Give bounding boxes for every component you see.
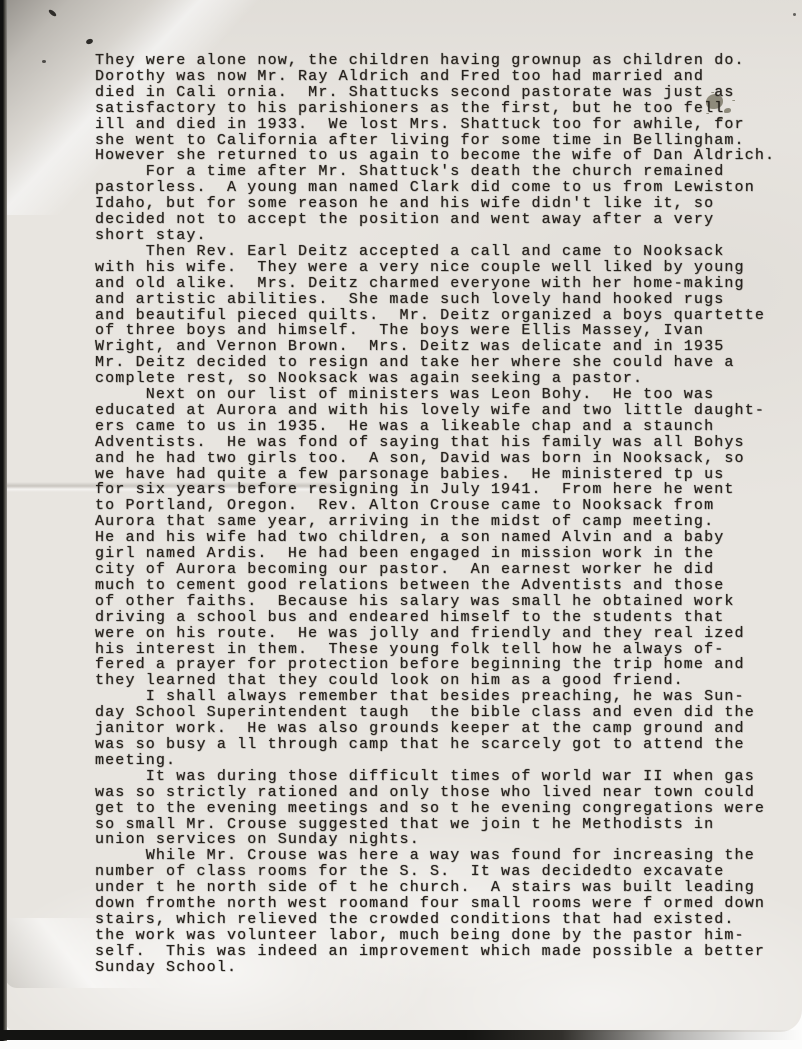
text-line: decided not to accept the position and w… (95, 212, 775, 228)
text-line: city of Aurora becoming our pastor. An e… (95, 562, 775, 578)
text-line: He and his wife had two children, a son … (95, 530, 775, 546)
text-line: day School Superintendent taugh the bibl… (95, 705, 775, 721)
text-line: ill and died in 1933. We lost Mrs. Shatt… (95, 117, 775, 133)
text-line: short stay. (95, 228, 775, 244)
text-line: complete rest, so Nooksack was again see… (95, 371, 775, 387)
text-line: of other faiths. Because his salary was … (95, 594, 775, 610)
text-line: I shall always remember that besides pre… (95, 689, 775, 705)
scanned-page: They were alone now, the children having… (0, 0, 802, 1049)
text-line: Next on our list of ministers was Leon B… (95, 387, 775, 403)
text-line: It was during those difficult times of w… (95, 769, 775, 785)
text-line: ers came to us in 1935. He was a likeabl… (95, 419, 775, 435)
text-line: much to cement good relations between th… (95, 578, 775, 594)
text-line: were on his route. He was jolly and frie… (95, 626, 775, 642)
paragraph: I shall always remember that besides pre… (95, 689, 775, 769)
text-line: educated at Aurora and with his lovely w… (95, 403, 775, 419)
text-line: Adventists. He was fond of saying that h… (95, 435, 775, 451)
text-line: number of class rooms for the S. S. It w… (95, 864, 775, 880)
text-line: satisfactory to his parishioners as the … (95, 101, 775, 117)
text-line: girl named Ardis. He had been engaged in… (95, 546, 775, 562)
text-line: died in Cali ornia. Mr. Shattucks second… (95, 85, 775, 101)
text-line: fered a prayer for protection before beg… (95, 657, 775, 673)
paragraph: For a time after Mr. Shattuck's death th… (95, 164, 775, 244)
text-line: While Mr. Crouse was here a way was foun… (95, 848, 775, 864)
text-line: of three boys and himself. The boys were… (95, 323, 775, 339)
paragraph: Next on our list of ministers was Leon B… (95, 387, 775, 689)
text-line: they learned that they could look on him… (95, 673, 775, 689)
text-line: pastorless. A young man named Clark did … (95, 180, 775, 196)
text-line: union services on Sunday nights. (95, 832, 775, 848)
paragraph: It was during those difficult times of w… (95, 769, 775, 849)
text-line: Mr. Deitz decided to resign and take her… (95, 355, 775, 371)
paragraph: While Mr. Crouse was here a way was foun… (95, 848, 775, 975)
text-line: was so busy a ll through camp that he sc… (95, 737, 775, 753)
text-line: self. This was indeed an improvement whi… (95, 944, 775, 960)
paragraph: Then Rev. Earl Deitz accepted a call and… (95, 244, 775, 387)
scan-edge-bottom (0, 1030, 802, 1040)
text-line: stairs, which relieved the crowded condi… (95, 912, 775, 928)
paper-speck (42, 60, 46, 63)
text-line: get to the evening meetings and so t he … (95, 801, 775, 817)
text-line: under t he north side of t he church. A … (95, 880, 775, 896)
text-line: However she returned to us again to beco… (95, 148, 775, 164)
paper-speck (793, 13, 796, 16)
text-line: with his wife. They were a very nice cou… (95, 260, 775, 276)
paragraph: They were alone now, the children having… (95, 53, 775, 164)
text-line: Sunday School. (95, 960, 775, 976)
text-line: They were alone now, the children having… (95, 53, 775, 69)
text-line: janitor work. He was also grounds keeper… (95, 721, 775, 737)
text-line: and he had two girls too. A son, David w… (95, 451, 775, 467)
text-line: to Portland, Oregon. Rev. Alton Crouse c… (95, 498, 775, 514)
text-line: was so strictly rationed and only those … (95, 785, 775, 801)
text-line: Idaho, but for some reason he and his wi… (95, 196, 775, 212)
text-line: Wright, and Vernon Brown. Mrs. Deitz was… (95, 339, 775, 355)
text-line: down fromthe north west roomand four sma… (95, 896, 775, 912)
text-line: and artistic abilities. She made such lo… (95, 292, 775, 308)
typewritten-text: They were alone now, the children having… (95, 53, 775, 976)
text-line: For a time after Mr. Shattuck's death th… (95, 164, 775, 180)
text-line: the work was volunteer labor, much being… (95, 928, 775, 944)
text-line: for six years before resigning in July 1… (95, 482, 775, 498)
scan-edge-left (0, 0, 7, 1041)
text-line: driving a school bus and endeared himsel… (95, 610, 775, 626)
text-line: and old alike. Mrs. Deitz charmed everyo… (95, 276, 775, 292)
text-line: Aurora that same year, arriving in the m… (95, 514, 775, 530)
text-line: Then Rev. Earl Deitz accepted a call and… (95, 244, 775, 260)
text-line: Dorothy was now Mr. Ray Aldrich and Fred… (95, 69, 775, 85)
text-line: meeting. (95, 753, 775, 769)
